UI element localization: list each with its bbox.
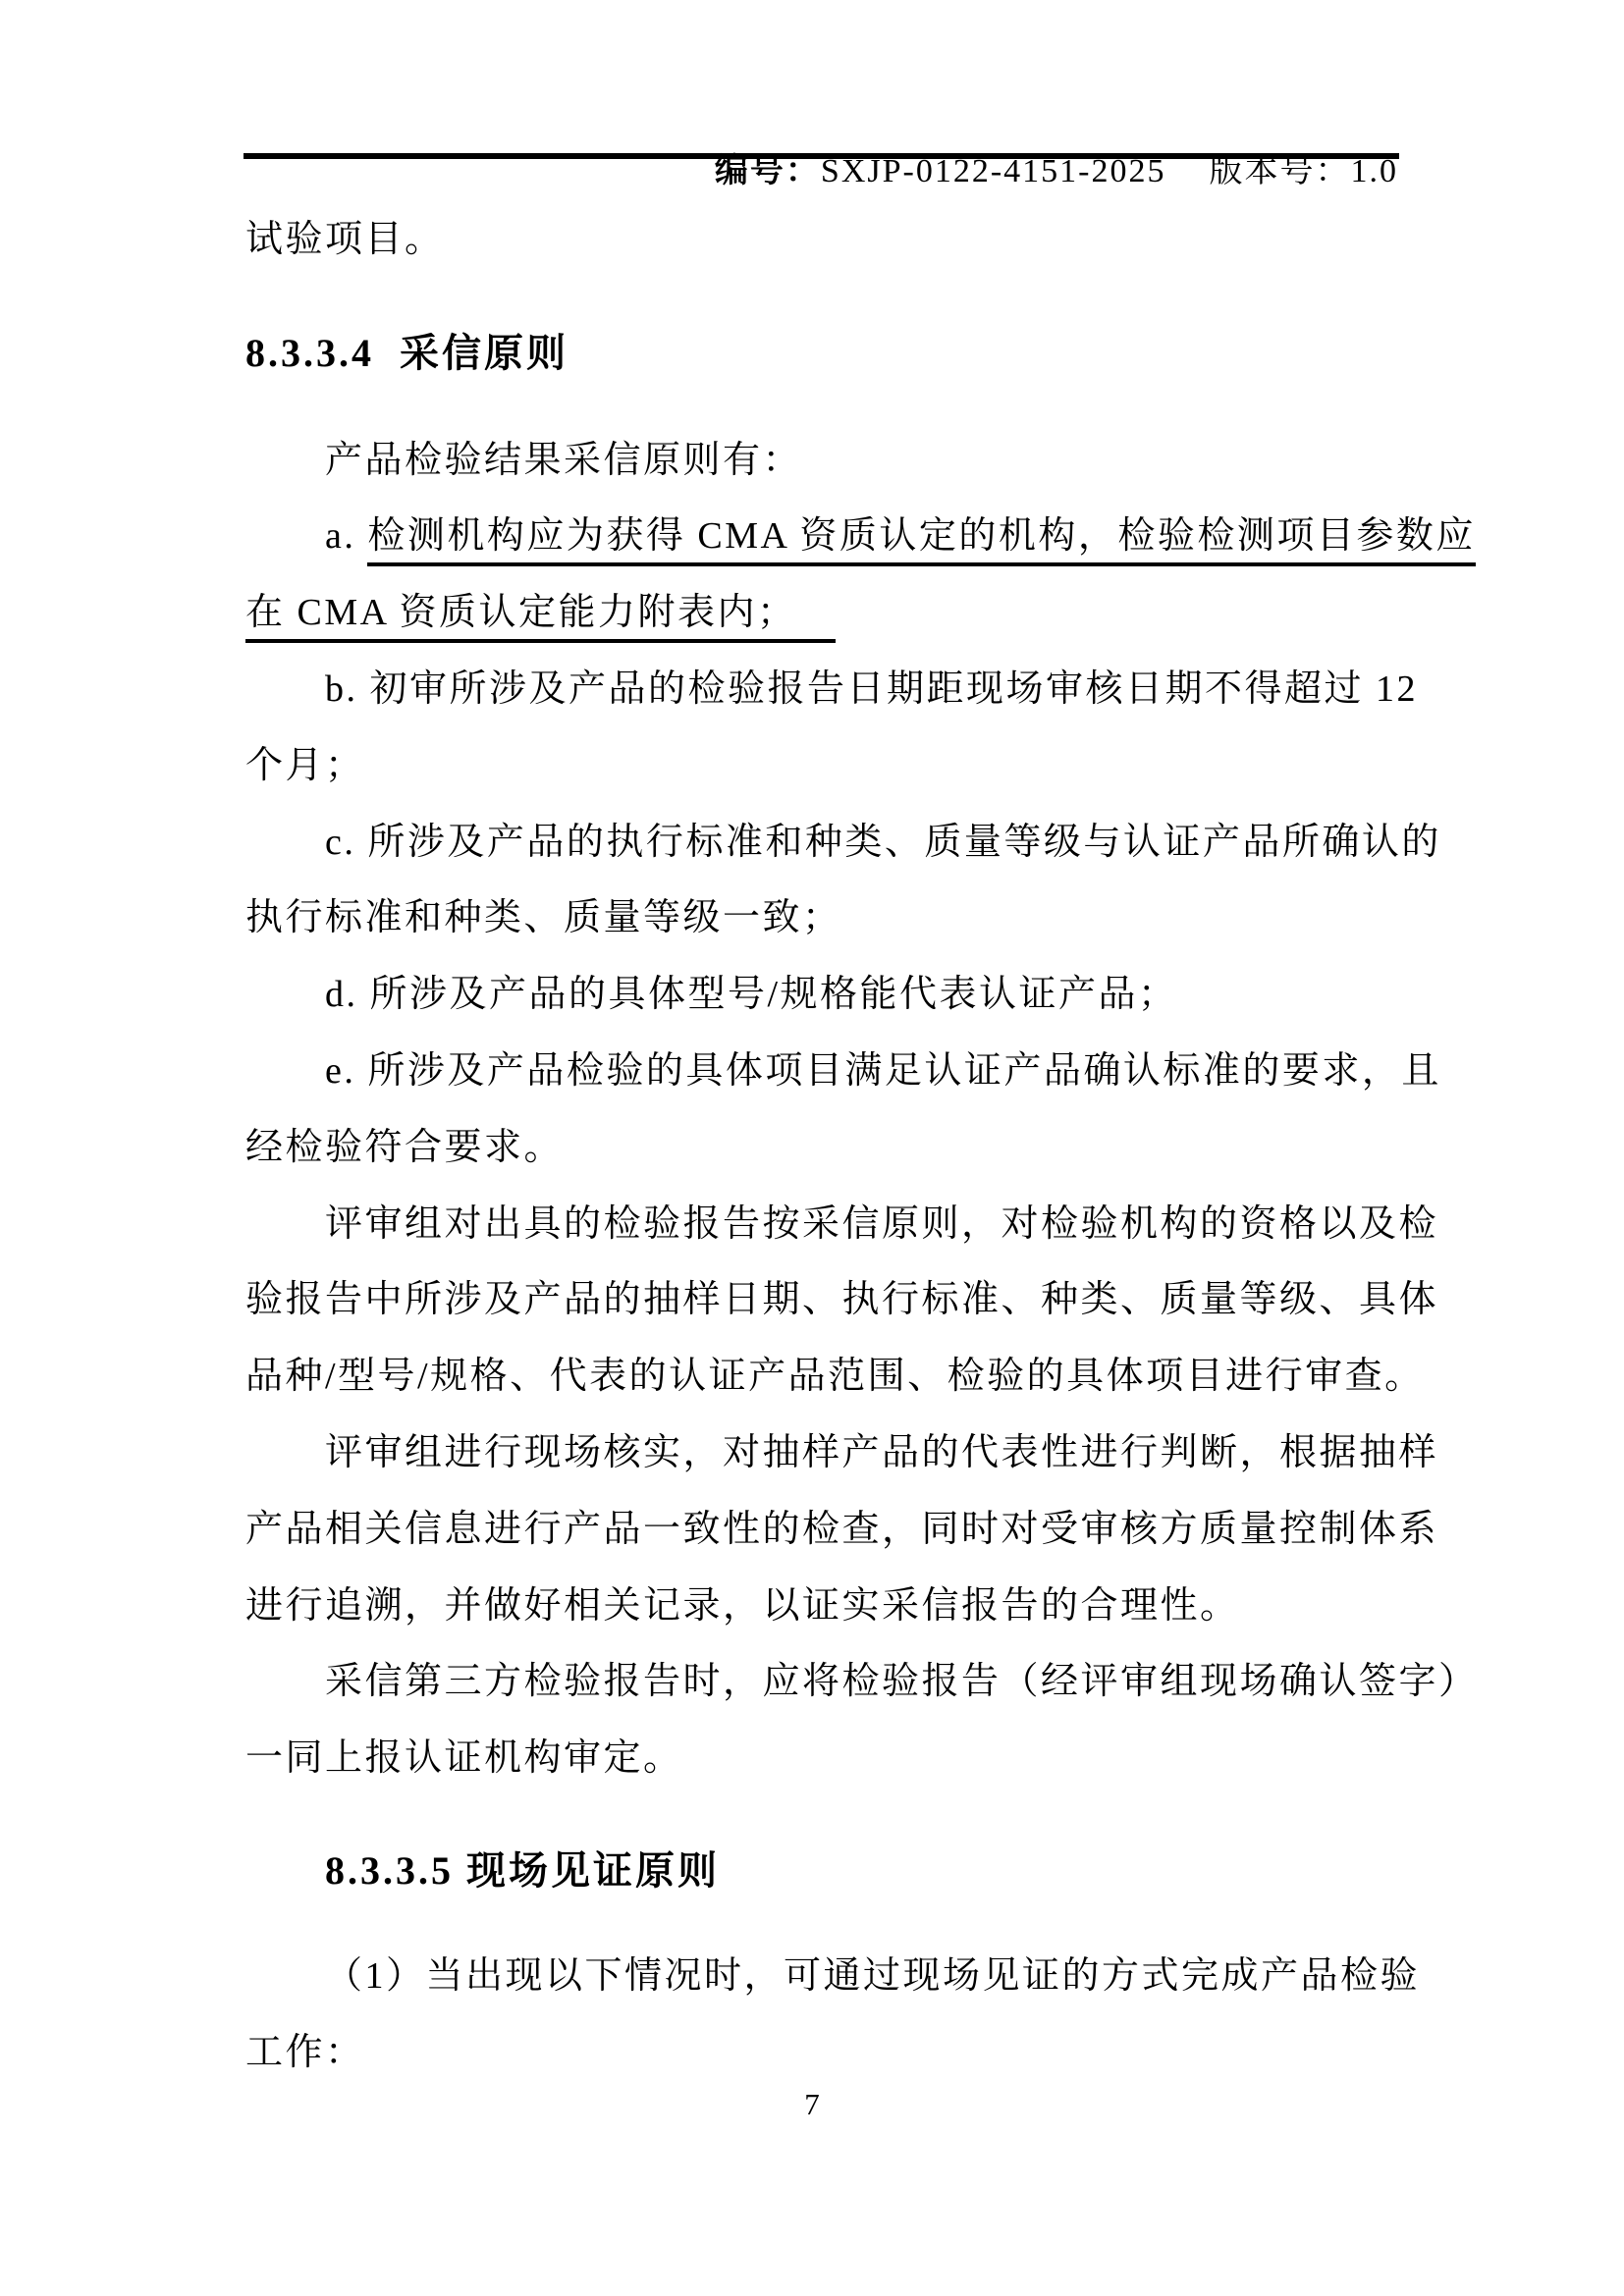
body-line: 进行追溯，并做好相关记录，以证实采信报告的合理性。 <box>245 1569 1404 1645</box>
body-line: 一同上报认证机构审定。 <box>245 1721 1404 1797</box>
body-line: 品种/型号/规格、代表的认证产品范围、检验的具体项目进行审查。 <box>245 1339 1404 1415</box>
body-line: 执行标准和种类、质量等级一致； <box>245 881 1404 957</box>
body-line: 验报告中所涉及产品的抽样日期、执行标准、种类、质量等级、具体 <box>245 1262 1404 1339</box>
body-line-underlined-a: a. 检测机构应为获得 CMA 资质认定的机构，检验检测项目参数应 <box>245 499 1404 575</box>
page-number: 7 <box>0 2087 1624 2122</box>
body-line: c. 所涉及产品的执行标准和种类、质量等级与认证产品所确认的 <box>245 805 1404 881</box>
section-heading-8-3-3-4: 8.3.3.4 采信原则 <box>245 315 1404 392</box>
body-line: 产品相关信息进行产品一致性的检查，同时对受审核方质量控制体系 <box>245 1492 1404 1569</box>
document-page: 编号：SXJP-0122-4151-2025版本号：1.0 试验项目。 8.3.… <box>0 0 1624 2296</box>
underlined-text: 检测机构应为获得 CMA 资质认定的机构，检验检测项目参数应 <box>367 515 1475 566</box>
body-line: 试验项目。 <box>245 202 1404 279</box>
body-line: e. 所涉及产品检验的具体项目满足认证产品确认标准的要求，且 <box>245 1034 1404 1110</box>
body-line: 工作： <box>245 2015 1404 2092</box>
section-heading-8-3-3-5: 8.3.3.5 现场见证原则 <box>245 1833 1404 1909</box>
underlined-text: 在 CMA 资质认定能力附表内； <box>245 592 836 643</box>
body-line: d. 所涉及产品的具体型号/规格能代表认证产品； <box>245 957 1404 1034</box>
list-marker-a: a. <box>325 515 367 557</box>
header-rule <box>244 153 1399 159</box>
body-line: 采信第三方检验报告时，应将检验报告（经评审组现场确认签字） <box>245 1644 1404 1721</box>
body-line: b. 初审所涉及产品的检验报告日期距现场审核日期不得超过 12 <box>245 652 1404 728</box>
body-line: 评审组对出具的检验报告按采信原则，对检验机构的资格以及检 <box>245 1187 1404 1263</box>
body-line-underlined: 在 CMA 资质认定能力附表内； <box>245 575 1404 652</box>
body-line: 经检验符合要求。 <box>245 1110 1404 1187</box>
body-line: 个月； <box>245 728 1404 805</box>
body-line: 评审组进行现场核实，对抽样产品的代表性进行判断，根据抽样 <box>245 1415 1404 1492</box>
body-line: 产品检验结果采信原则有： <box>245 423 1404 500</box>
body-line: （1）当出现以下情况时，可通过现场见证的方式完成产品检验 <box>245 1939 1404 2015</box>
document-body: 试验项目。 8.3.3.4 采信原则 产品检验结果采信原则有： a. 检测机构应… <box>245 202 1404 2091</box>
